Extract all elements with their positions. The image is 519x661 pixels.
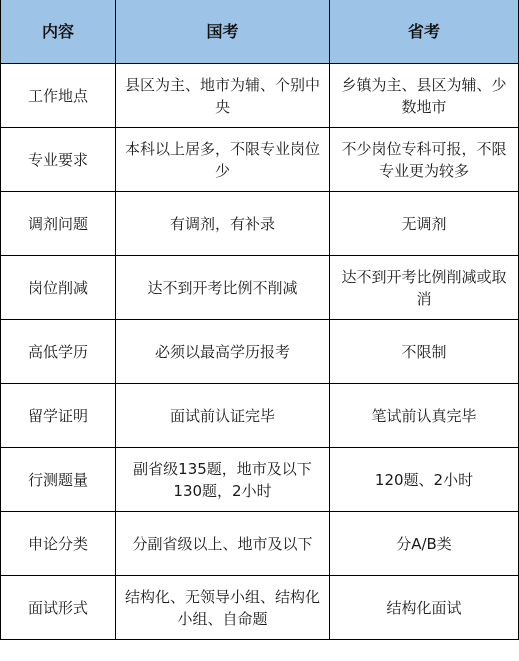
row-item: 行测题量 xyxy=(1,448,116,512)
row-guokao: 分副省级以上、地市及以下 xyxy=(116,512,330,576)
row-guokao: 达不到开考比例不削减 xyxy=(116,256,330,320)
row-guokao: 有调剂，有补录 xyxy=(116,192,330,256)
row-guokao: 面试前认证完毕 xyxy=(116,384,330,448)
table-row: 调剂问题 有调剂，有补录 无调剂 xyxy=(1,192,519,256)
row-shengkao: 不限制 xyxy=(330,320,519,384)
row-shengkao: 无调剂 xyxy=(330,192,519,256)
table-row: 留学证明 面试前认证完毕 笔试前认真完毕 xyxy=(1,384,519,448)
header-row: 内容 国考 省考 xyxy=(1,0,519,64)
row-shengkao: 结构化面试 xyxy=(330,576,519,640)
row-guokao: 本科以上居多，不限专业岗位少 xyxy=(116,128,330,192)
table-row: 岗位削减 达不到开考比例不削减 达不到开考比例削减或取消 xyxy=(1,256,519,320)
row-item: 留学证明 xyxy=(1,384,116,448)
table-row: 面试形式 结构化、无领导小组、结构化小组、自命题 结构化面试 xyxy=(1,576,519,640)
row-shengkao: 不少岗位专科可报，不限专业更为较多 xyxy=(330,128,519,192)
table-row: 高低学历 必须以最高学历报考 不限制 xyxy=(1,320,519,384)
row-shengkao: 分A/B类 xyxy=(330,512,519,576)
header-content: 内容 xyxy=(1,0,116,64)
row-item: 专业要求 xyxy=(1,128,116,192)
header-guokao: 国考 xyxy=(116,0,330,64)
row-item: 高低学历 xyxy=(1,320,116,384)
table-row: 工作地点 县区为主、地市为辅、个别中央 乡镇为主、县区为辅、少数地市 xyxy=(1,64,519,128)
table-row: 行测题量 副省级135题，地市及以下130题，2小时 120题、2小时 xyxy=(1,448,519,512)
row-shengkao: 笔试前认真完毕 xyxy=(330,384,519,448)
row-item: 申论分类 xyxy=(1,512,116,576)
row-guokao: 结构化、无领导小组、结构化小组、自命题 xyxy=(116,576,330,640)
row-item: 面试形式 xyxy=(1,576,116,640)
row-shengkao: 乡镇为主、县区为辅、少数地市 xyxy=(330,64,519,128)
row-item: 调剂问题 xyxy=(1,192,116,256)
row-shengkao: 120题、2小时 xyxy=(330,448,519,512)
header-shengkao: 省考 xyxy=(330,0,519,64)
row-guokao: 必须以最高学历报考 xyxy=(116,320,330,384)
row-shengkao: 达不到开考比例削减或取消 xyxy=(330,256,519,320)
row-guokao: 副省级135题，地市及以下130题，2小时 xyxy=(116,448,330,512)
row-item: 工作地点 xyxy=(1,64,116,128)
table-row: 申论分类 分副省级以上、地市及以下 分A/B类 xyxy=(1,512,519,576)
row-guokao: 县区为主、地市为辅、个别中央 xyxy=(116,64,330,128)
row-item: 岗位削减 xyxy=(1,256,116,320)
table-row: 专业要求 本科以上居多，不限专业岗位少 不少岗位专科可报，不限专业更为较多 xyxy=(1,128,519,192)
comparison-table: 内容 国考 省考 工作地点 县区为主、地市为辅、个别中央 乡镇为主、县区为辅、少… xyxy=(0,0,519,640)
